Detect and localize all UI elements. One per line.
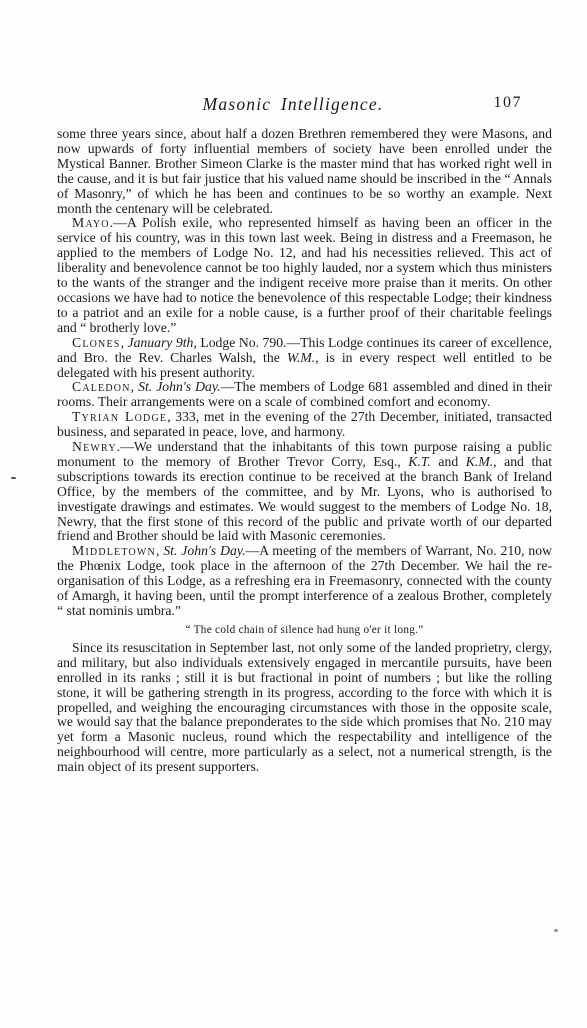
article-paragraph: Middletown, St. John's Day.—A meeting of… [57, 544, 552, 619]
small-caps-lead: Mayo [72, 215, 110, 230]
scan-speck [541, 486, 544, 489]
body-text: and [431, 454, 466, 469]
scan-speck [11, 477, 16, 479]
page-number: 107 [494, 94, 523, 112]
body-text: “ The cold chain of silence had hung o'e… [186, 624, 424, 636]
article-paragraph: Tyrian Lodge, 333, met in the evening of… [57, 410, 552, 440]
small-caps-lead: Tyrian Lodge [72, 409, 167, 424]
italic-text: January 9th, [128, 335, 197, 350]
body-text: some three years since, about half a doz… [57, 126, 552, 216]
small-caps-lead: Newry [72, 439, 117, 454]
page-title: Masonic Intelligence. [58, 94, 528, 115]
article-paragraph: Clones, January 9th, Lodge No. 790.—This… [57, 336, 552, 381]
article-paragraph: Since its resuscitation in September las… [57, 641, 552, 775]
document-page: Masonic Intelligence. 107 some three yea… [0, 0, 587, 1028]
small-caps-lead: Middletown [72, 543, 156, 558]
centered-quote: “ The cold chain of silence had hung o'e… [57, 624, 552, 637]
italic-text: K.T. [408, 454, 431, 469]
italic-text: W.M. [287, 350, 315, 365]
small-caps-lead: Caledon [72, 379, 131, 394]
italic-text: St. John's Day. [138, 379, 221, 394]
italic-text: St. John's Day. [163, 543, 245, 558]
article-paragraph: some three years since, about half a doz… [57, 127, 552, 216]
body-text: , [121, 335, 128, 350]
small-caps-lead: Clones [72, 335, 121, 350]
italic-text: K.M. [466, 454, 493, 469]
article-paragraph: Mayo.—A Polish exile, who represented hi… [57, 216, 552, 335]
article-paragraph: Newry.—We understand that the inhabitant… [57, 440, 552, 544]
body-text: .—A Polish exile, who represented himsel… [57, 215, 552, 334]
body-text: Since its resuscitation in September las… [57, 640, 552, 774]
article-paragraph: Caledon, St. John's Day.—The members of … [57, 380, 552, 410]
body-text: , [131, 379, 138, 394]
scan-speck [554, 929, 558, 932]
article-body: some three years since, about half a doz… [57, 127, 552, 775]
page-header: Masonic Intelligence. 107 [58, 94, 552, 118]
